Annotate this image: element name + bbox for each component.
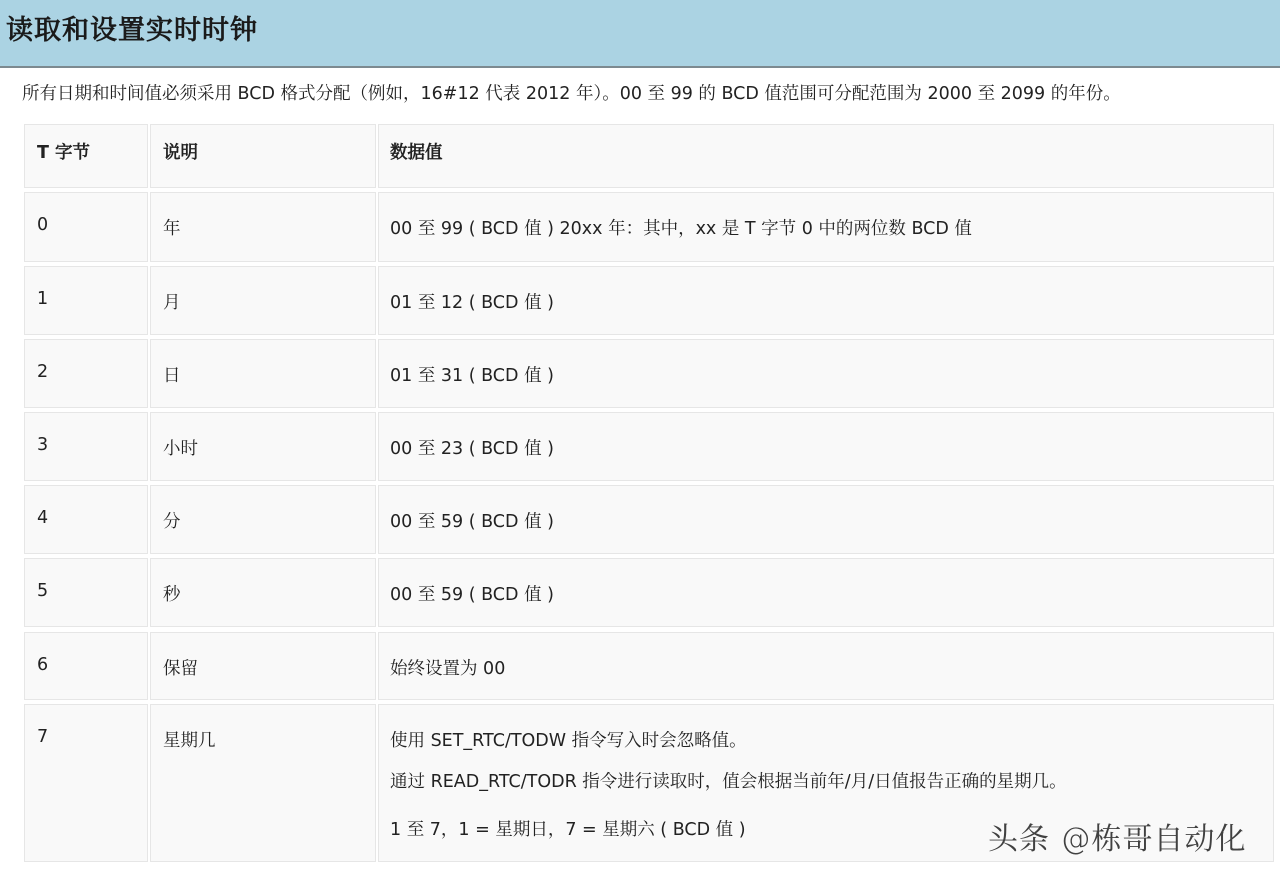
byte-value: 00 至 59 ( BCD 值 ) (390, 581, 554, 606)
byte-value: 01 至 31 ( BCD 值 ) (390, 362, 554, 387)
header-cell-desc: 说明 (150, 124, 376, 188)
cell-byte: 6 (24, 632, 148, 700)
byte-number: 0 (37, 215, 48, 235)
byte-value: 01 至 12 ( BCD 值 ) (390, 289, 554, 314)
byte-description: 分 (163, 508, 181, 533)
byte-description: 小时 (163, 435, 198, 460)
cell-desc: 保留 (150, 632, 376, 700)
cell-desc: 小时 (150, 412, 376, 481)
cell-byte: 5 (24, 558, 148, 627)
byte-value: 00 至 99 ( BCD 值 ) 20xx 年：其中，xx 是 T 字节 0 … (390, 215, 972, 240)
byte-description: 保留 (163, 655, 198, 680)
table-row: 0 年 00 至 99 ( BCD 值 ) 20xx 年：其中，xx 是 T 字… (24, 192, 1274, 262)
header-cell-value: 数据值 (378, 124, 1274, 188)
cell-desc: 日 (150, 339, 376, 408)
intro-text: 所有日期和时间值必须采用 BCD 格式分配（例如，16#12 代表 2012 年… (22, 80, 1121, 105)
header-label: T 字节 (37, 139, 90, 164)
byte-number: 2 (37, 362, 48, 382)
byte-description: 日 (163, 362, 181, 387)
byte-description: 秒 (163, 581, 181, 606)
cell-desc: 分 (150, 485, 376, 554)
byte-number: 5 (37, 581, 48, 601)
cell-byte: 2 (24, 339, 148, 408)
byte-description: 星期几 (163, 727, 216, 752)
cell-byte: 0 (24, 192, 148, 262)
byte-number: 6 (37, 655, 48, 675)
header-cell-byte: T 字节 (24, 124, 148, 188)
byte-value: 始终设置为 00 (390, 655, 505, 680)
byte-description: 年 (163, 215, 181, 240)
cell-byte: 7 (24, 704, 148, 862)
table-row: 2 日 01 至 31 ( BCD 值 ) (24, 339, 1274, 408)
byte-number: 4 (37, 508, 48, 528)
table-row: 6 保留 始终设置为 00 (24, 632, 1274, 700)
cell-byte: 1 (24, 266, 148, 335)
byte-value-line: 使用 SET_RTC/TODW 指令写入时会忽略值。 (390, 727, 747, 752)
table-row: 4 分 00 至 59 ( BCD 值 ) (24, 485, 1274, 554)
cell-value: 始终设置为 00 (378, 632, 1274, 700)
table-header-row: T 字节 说明 数据值 (24, 124, 1274, 188)
table-row: 5 秒 00 至 59 ( BCD 值 ) (24, 558, 1274, 627)
cell-value: 00 至 99 ( BCD 值 ) 20xx 年：其中，xx 是 T 字节 0 … (378, 192, 1274, 262)
byte-number: 7 (37, 727, 48, 747)
header-label: 数据值 (390, 139, 443, 164)
cell-desc: 年 (150, 192, 376, 262)
cell-value: 01 至 12 ( BCD 值 ) (378, 266, 1274, 335)
cell-value: 00 至 59 ( BCD 值 ) (378, 558, 1274, 627)
byte-value: 00 至 59 ( BCD 值 ) (390, 508, 554, 533)
header-label: 说明 (163, 139, 198, 164)
byte-value: 00 至 23 ( BCD 值 ) (390, 435, 554, 460)
byte-description: 月 (163, 289, 181, 314)
cell-desc: 秒 (150, 558, 376, 627)
byte-number: 3 (37, 435, 48, 455)
cell-value: 01 至 31 ( BCD 值 ) (378, 339, 1274, 408)
cell-desc: 星期几 (150, 704, 376, 862)
byte-number: 1 (37, 289, 48, 309)
cell-value: 00 至 23 ( BCD 值 ) (378, 412, 1274, 481)
cell-byte: 4 (24, 485, 148, 554)
table-row: 3 小时 00 至 23 ( BCD 值 ) (24, 412, 1274, 481)
table-row: 1 月 01 至 12 ( BCD 值 ) (24, 266, 1274, 335)
title-bar: 读取和设置实时时钟 (0, 0, 1280, 68)
cell-byte: 3 (24, 412, 148, 481)
watermark: 头条 @栋哥自动化 (988, 814, 1247, 858)
byte-value-line: 1 至 7，1 = 星期日，7 = 星期六 ( BCD 值 ) (390, 816, 746, 841)
cell-desc: 月 (150, 266, 376, 335)
cell-value: 00 至 59 ( BCD 值 ) (378, 485, 1274, 554)
page-title: 读取和设置实时时钟 (6, 8, 258, 47)
byte-value-line: 通过 READ_RTC/TODR 指令进行读取时，值会根据当前年/月/日值报告正… (390, 768, 1067, 793)
